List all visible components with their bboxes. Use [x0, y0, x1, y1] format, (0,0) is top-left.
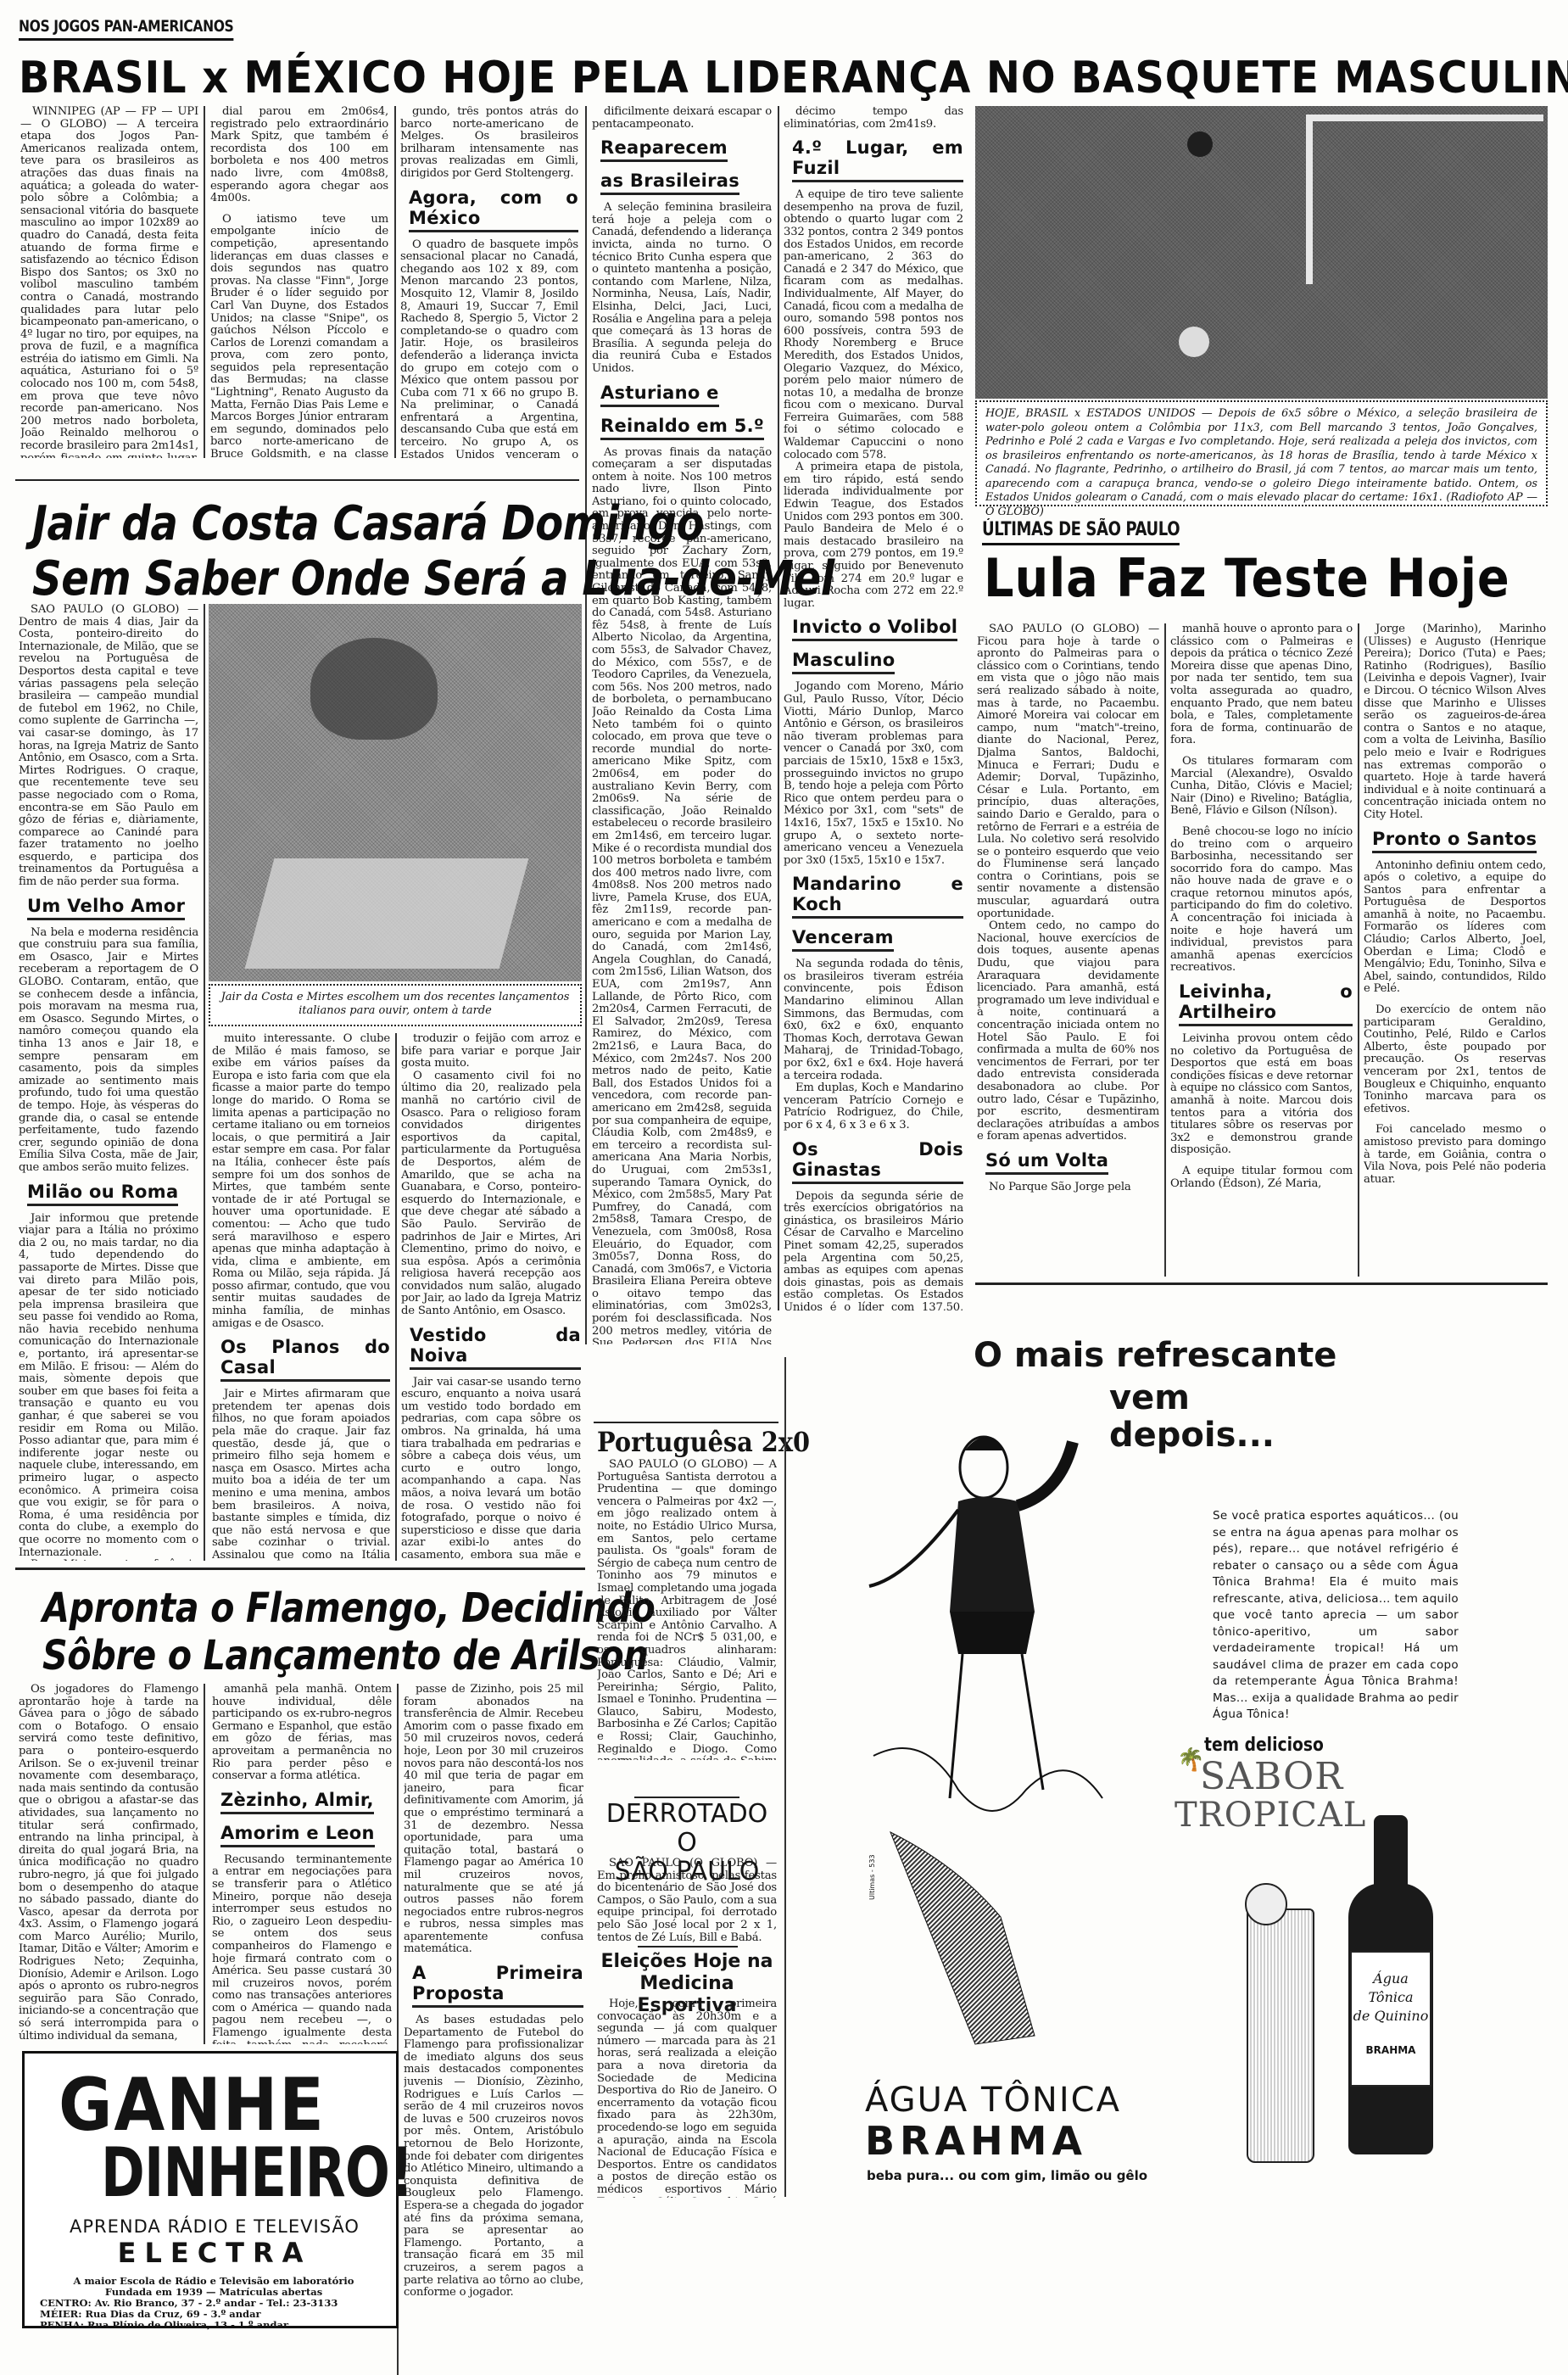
brahma-credit: Ultimas - 533	[868, 1854, 876, 1900]
sp-col2: manhã houve o apronto para o clássico co…	[1170, 623, 1353, 1277]
flamengo-col2: amanhã pela manhã. Ontem houve individua…	[212, 1684, 392, 2044]
section-divider	[975, 1282, 1548, 1285]
column-rule	[204, 604, 205, 1561]
subhead-zezinho: Zèzinho, Almir,	[220, 1790, 374, 1814]
brahma-product-2: BRAHMA	[865, 2121, 1087, 2161]
ball	[1179, 327, 1209, 357]
pan-story-col3: gundo, três pontos atrás do barco norte-…	[400, 106, 578, 458]
subhead-amorim-leon: Amorim e Leon	[220, 1823, 375, 1847]
subhead-velho-amor: Um Velho Amor	[27, 896, 185, 920]
brahma-product-1: ÁGUA TÔNICA	[865, 2082, 1121, 2118]
jair-headline-2: Sem Saber Onde Será a Lua-de-Mel	[32, 551, 834, 607]
brahma-ad: O mais refrescante vem depois... Se você…	[848, 1289, 1568, 2222]
jair-col3: troduzir o feijão com arroz e bife para …	[401, 1033, 581, 1561]
column-rule	[1358, 623, 1359, 1277]
lemon-slice-icon	[1245, 1883, 1287, 1925]
brahma-body: Se você pratica esportes aquáticos... (o…	[1213, 1508, 1459, 1724]
subhead-vestido-noiva: Vestido da Noiva	[410, 1325, 581, 1370]
waterpolo-caption: HOJE, BRASIL x ESTADOS UNIDOS — Depois d…	[975, 400, 1548, 506]
column-rule	[585, 106, 587, 1344]
subhead-pronto-santos: Pronto o Santos	[1372, 829, 1537, 853]
goal-crossbar	[1306, 115, 1543, 121]
subhead-mexico: Agora, com o México	[409, 187, 578, 232]
subhead-reinaldo: Reinaldo em 5.º	[600, 416, 764, 440]
subhead-ginastas: Os Dois Ginastas	[792, 1139, 963, 1184]
glass-icon	[1247, 1908, 1314, 2163]
section-kicker: NOS JOGOS PAN-AMERICANOS	[19, 17, 233, 41]
flamengo-col1: Os jogadores do Flamengo aprontarão hoje…	[19, 1684, 198, 2044]
column-rule	[784, 1357, 786, 2197]
column-rule	[204, 106, 205, 458]
section-divider	[594, 1422, 778, 1423]
electra-ganhe: GANHE	[59, 2069, 326, 2142]
person-head	[310, 638, 438, 740]
jair-col1: SÃO PAULO (O GLOBO) — Dentro de mais 4 d…	[19, 604, 198, 1561]
electra-dinheiro: DINHEIRO!	[101, 2138, 413, 2208]
bottle-label: Água Tônica de Quinino BRAHMA	[1350, 1951, 1431, 2087]
derrotado-body: SÃO PAULO (O GLOBO) — Em prélio amistoso…	[597, 1858, 777, 1942]
swimmer-illustration-icon	[857, 1391, 1111, 2070]
electra-ad: GANHE DINHEIRO! APRENDA RÁDIO E TELEVISÃ…	[22, 2051, 399, 2328]
section-divider	[634, 1797, 739, 1798]
goal-post	[1306, 115, 1313, 284]
sp-col3: Jorge (Marinho), Marinho (Ulisses) e Aug…	[1364, 623, 1546, 1277]
pan-story-col2: dial parou em 2m06s4, registrado pelo ex…	[210, 106, 388, 458]
eleicoes-body: Hoje, com primeira convocação às 20h30m …	[597, 1998, 777, 2198]
pan-story-col5: décimo tempo das eliminatórias, com 2m41…	[784, 106, 963, 1310]
subhead-milao-roma: Milão ou Roma	[27, 1182, 178, 1206]
subhead-brasileiras: as Brasileiras	[600, 170, 739, 195]
flamengo-col3: passe de Zizinho, pois 25 mil foram abon…	[404, 1684, 583, 2362]
subhead-masculino: Masculino	[792, 650, 895, 674]
section-divider	[15, 1567, 585, 1570]
flamengo-headline-2: Sôbre o Lançamento de Arilson	[42, 1632, 648, 1679]
jair-headline-1: Jair da Costa Casará Domingo	[32, 496, 704, 552]
jair-col2: muito interessante. O clube de Milão é m…	[212, 1033, 390, 1561]
subhead-mandarino: Mandarino e Koch	[792, 874, 963, 919]
record-sleeve	[245, 858, 529, 969]
portuguesa-headline: Portuguêsa 2x0	[597, 1427, 810, 1457]
electra-brand: ELECTRA	[53, 2237, 376, 2269]
portuguesa-body: SÃO PAULO (O GLOBO) — A Portuguêsa Santi…	[597, 1459, 777, 1760]
brahma-slogan: beba pura... ou com gim, limão ou gêlo	[867, 2168, 1147, 2183]
electra-aprenda: APRENDA RÁDIO E TELEVISÃO	[53, 2216, 376, 2237]
pan-story-col4: dificilmente deixará escapar o pentacamp…	[592, 106, 772, 1344]
palm-tree-icon: 🌴	[1177, 1747, 1204, 1773]
brahma-tag-1: tem delicioso	[1204, 1735, 1324, 1756]
section-divider	[15, 479, 579, 481]
subhead-venceram: Venceram	[792, 927, 894, 952]
subhead-so-um-volta: Só um Volta	[985, 1150, 1108, 1175]
section-divider	[638, 1946, 738, 1947]
sp-col1: SÃO PAULO (O GLOBO) — Ficou para hoje à …	[977, 623, 1159, 1277]
brahma-headline-2: vem	[1109, 1379, 1190, 1417]
subhead-reaparecem: Reaparecem	[600, 137, 728, 162]
brahma-headline-3: depois...	[1109, 1417, 1275, 1454]
pan-story-col1: WINNIPEG (AP — FP — UPI — O GLOBO) — A t…	[20, 106, 198, 458]
jair-photo	[209, 604, 582, 981]
brahma-tag-2: SABOR	[1200, 1757, 1343, 1797]
player-head	[1187, 131, 1213, 157]
column-rule	[394, 106, 396, 458]
flamengo-headline-1: Apronta o Flamengo, Decidindo	[42, 1584, 655, 1632]
column-rule	[395, 1033, 397, 1561]
sp-headline: Lula Faz Teste Hoje	[984, 547, 1510, 609]
sp-kicker: ÚLTIMAS DE SÃO PAULO	[982, 519, 1180, 545]
banner-headline: BRASIL x MÉXICO HOJE PELA LIDERANÇA NO B…	[19, 53, 1568, 103]
subhead-fuzil: 4.º Lugar, em Fuzil	[792, 137, 963, 182]
bottle-neck-icon	[1374, 1815, 1408, 1892]
subhead-leivinha: Leivinha, o Artilheiro	[1179, 981, 1353, 1026]
electra-info: A maior Escola de Rádio e Televisão em l…	[40, 2276, 388, 2331]
brahma-headline-1: O mais refrescante	[974, 1337, 1336, 1374]
column-rule	[778, 106, 779, 1310]
subhead-asturiano: Asturiano e	[600, 383, 719, 407]
jair-photo-caption: Jair da Costa e Mirtes escolhem um dos r…	[209, 984, 582, 1026]
column-rule	[204, 1684, 205, 2044]
subhead-planos-casal: Os Planos do Casal	[220, 1337, 390, 1382]
brahma-tag-3: TROPICAL	[1175, 1797, 1366, 1834]
subhead-volibol: Invicto o Volibol	[792, 617, 957, 641]
column-rule	[1164, 623, 1166, 1277]
subhead-primeira-proposta: A Primeira Proposta	[412, 1963, 583, 2008]
waterpolo-photo	[975, 106, 1548, 399]
